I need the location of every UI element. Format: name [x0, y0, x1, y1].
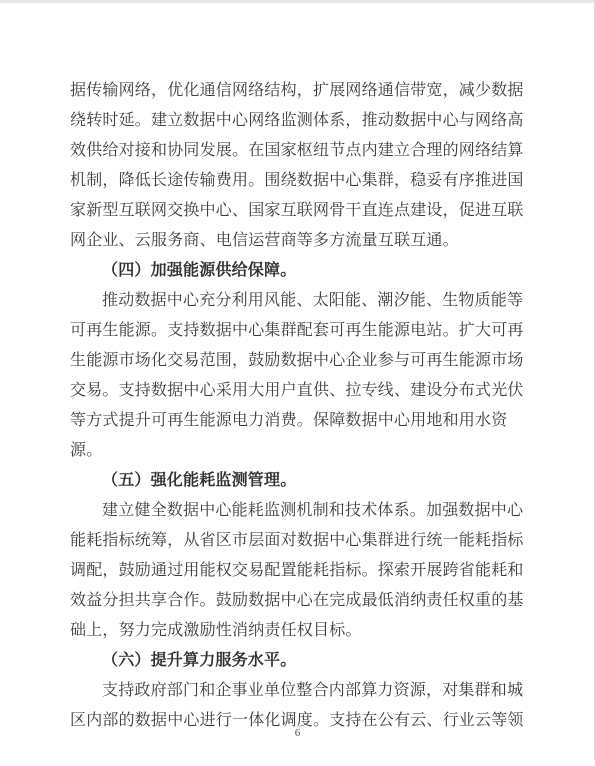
body-line: 础上，努力完成激励性消纳责任权目标。	[70, 616, 540, 646]
body-line: 能耗指标统筹，从省区市层面对数据中心集群进行统一能耗指标	[70, 526, 540, 556]
page-number: 6	[0, 725, 595, 741]
body-line: 支持政府部门和企事业单位整合内部算力资源，对集群和城	[70, 676, 540, 706]
body-line: 据传输网络，优化通信网络结构，扩展网络通信带宽，减少数据	[70, 76, 540, 106]
body-line: 绕转时延。建立数据中心网络监测体系，推动数据中心与网络高	[70, 106, 540, 136]
document-page: 据传输网络，优化通信网络结构，扩展网络通信带宽，减少数据 绕转时延。建立数据中心…	[0, 0, 595, 766]
body-line: 生能源市场化交易范围，鼓励数据中心企业参与可再生能源市场	[70, 346, 540, 376]
body-line: 交易。支持数据中心采用大用户直供、拉专线、建设分布式光伏	[70, 376, 540, 406]
document-text-block: 据传输网络，优化通信网络结构，扩展网络通信带宽，减少数据 绕转时延。建立数据中心…	[70, 76, 540, 736]
body-line: 等方式提升可再生能源电力消费。保障数据中心用地和用水资	[70, 406, 540, 436]
body-line: 家新型互联网交换中心、国家互联网骨干直连点建设，促进互联	[70, 196, 540, 226]
body-line: 网企业、云服务商、电信运营商等多方流量互联互通。	[70, 226, 540, 256]
body-line: 效益分担共享合作。鼓励数据中心在完成最低消纳责任权重的基	[70, 586, 540, 616]
section-heading-4: （四）加强能源供给保障。	[70, 256, 540, 286]
body-line: 调配，鼓励通过用能权交易配置能耗指标。探索开展跨省能耗和	[70, 556, 540, 586]
section-heading-6: （六）提升算力服务水平。	[70, 646, 540, 676]
body-line: 可再生能源。支持数据中心集群配套可再生能源电站。扩大可再	[70, 316, 540, 346]
body-line: 机制，降低长途传输费用。围绕数据中心集群，稳妥有序推进国	[70, 166, 540, 196]
body-line: 建立健全数据中心能耗监测机制和技术体系。加强数据中心	[70, 496, 540, 526]
section-heading-5: （五）强化能耗监测管理。	[70, 466, 540, 496]
page-top-edge	[0, 0, 595, 3]
body-line: 效供给对接和协同发展。在国家枢纽节点内建立合理的网络结算	[70, 136, 540, 166]
body-line: 推动数据中心充分利用风能、太阳能、潮汐能、生物质能等	[70, 286, 540, 316]
body-line: 源。	[70, 436, 540, 466]
